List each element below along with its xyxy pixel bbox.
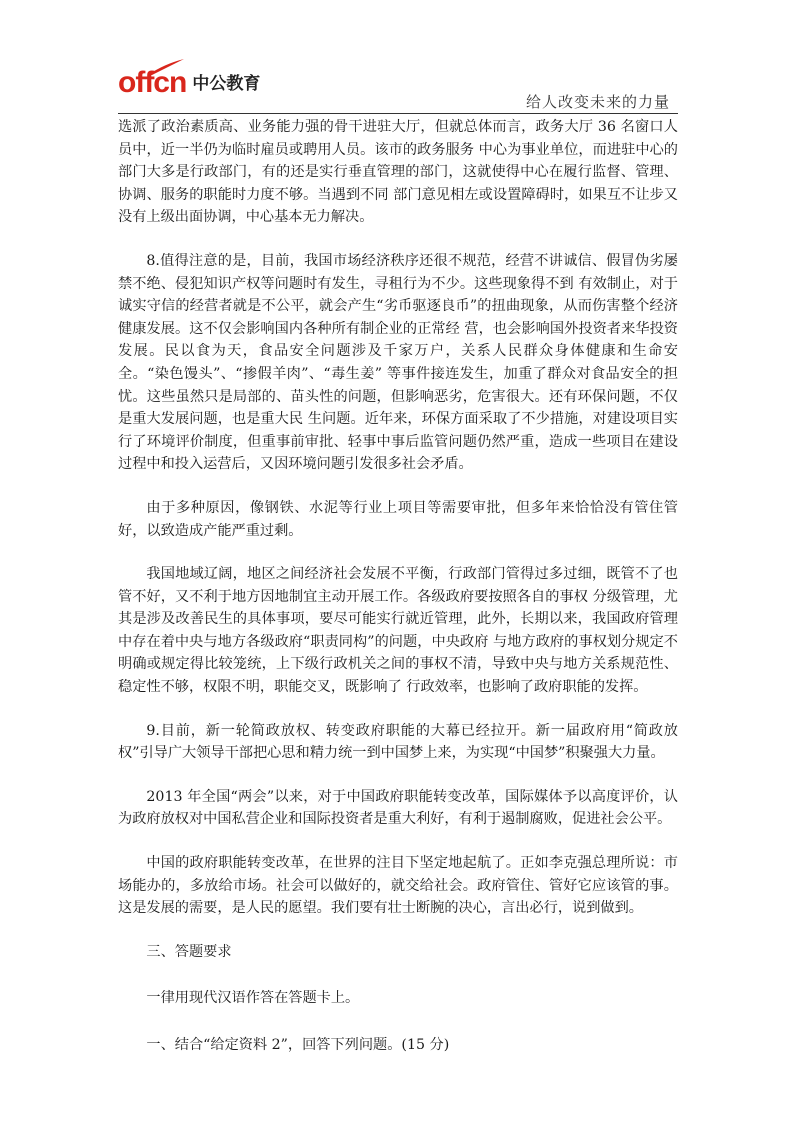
logo-chinese-text: 中公教育	[192, 70, 260, 98]
page-header: offcn 中公教育 给人改变未来的力量	[118, 62, 678, 114]
question-1: 一、结合“给定资料 2”，回答下列问题。(15 分)	[118, 1034, 678, 1057]
offcn-logo: offcn 中公教育	[118, 68, 260, 98]
instruction-text: 一律用现代汉语作答在答题卡上。	[118, 987, 678, 1010]
header-divider	[118, 113, 678, 114]
logo-swoosh-icon	[146, 58, 186, 76]
paragraph-8: 8.值得注意的是，目前，我国市场经济秩序还很不规范，经营不讲诚信、假冒伪劣屡禁不…	[118, 250, 678, 476]
section-heading-requirements: 三、答题要求	[118, 941, 678, 964]
paragraph-9: 9.目前，新一轮简政放权、转变政府职能的大幕已经拉开。新一届政府用“简政放权”引…	[118, 720, 678, 765]
paragraph-regional: 我国地域辽阔，地区之间经济社会发展不平衡，行政部门管得过多过细，既管不了也管不好…	[118, 563, 678, 699]
paragraph-reform: 中国的政府职能转变改革，在世界的注目下坚定地起航了。正如李克强总理所说：市场能办…	[118, 852, 678, 920]
tagline: 给人改变未来的力量	[526, 91, 670, 112]
document-body: 选派了政治素质高、业务能力强的骨干进驻大厅，但就总体而言，政务大厅 36 名窗口…	[118, 116, 678, 1081]
paragraph-2013: 2013 年全国“两会”以来，对于中国政府职能转变改革，国际媒体予以高度评价，认…	[118, 786, 678, 831]
paragraph-overcapacity: 由于多种原因，像钢铁、水泥等行业上项目等需要审批，但多年来恰恰没有管住管好，以致…	[118, 497, 678, 542]
paragraph-continuation: 选派了政治素质高、业务能力强的骨干进驻大厅，但就总体而言，政务大厅 36 名窗口…	[118, 116, 678, 229]
